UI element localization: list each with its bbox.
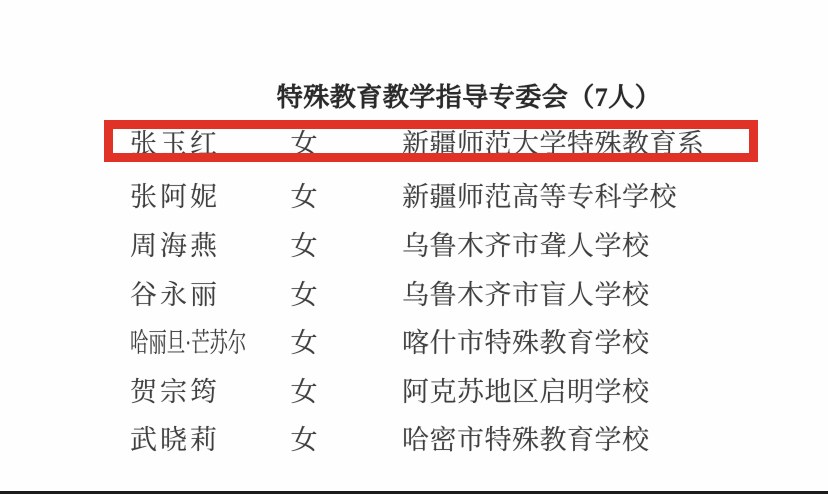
name-cell: 武晓莉	[130, 425, 220, 455]
highlight-annotation-box	[104, 120, 758, 162]
name-cell: 哈丽旦·芒苏尔	[130, 328, 246, 358]
table-row: 武晓莉 女 哈密市特殊教育学校	[0, 425, 828, 455]
gender-cell: 女	[270, 328, 338, 358]
school-cell: 喀什市特殊教育学校	[402, 328, 650, 358]
school-cell: 哈密市特殊教育学校	[402, 425, 650, 455]
table-row: 谷永丽 女 乌鲁木齐市盲人学校	[0, 280, 828, 310]
name-cell: 谷永丽	[130, 280, 220, 310]
name-cell: 张阿妮	[130, 182, 220, 212]
table-row: 哈丽旦·芒苏尔 女 喀什市特殊教育学校	[0, 328, 828, 358]
gender-cell: 女	[270, 231, 338, 261]
committee-table: 张玉红 女 新疆师范大学特殊教育系 张阿妮 女 新疆师范高等专科学校 周海燕 女…	[0, 0, 828, 500]
name-cell: 周海燕	[130, 231, 220, 261]
gender-cell: 女	[270, 280, 338, 310]
document-page: 特殊教育教学指导专委会（7人） 张玉红 女 新疆师范大学特殊教育系 张阿妮 女 …	[0, 0, 828, 500]
table-row: 周海燕 女 乌鲁木齐市聋人学校	[0, 231, 828, 261]
table-row: 贺宗筠 女 阿克苏地区启明学校	[0, 377, 828, 407]
school-cell: 乌鲁木齐市聋人学校	[402, 231, 650, 261]
school-cell: 乌鲁木齐市盲人学校	[402, 280, 650, 310]
bottom-divider	[0, 491, 828, 494]
school-cell: 新疆师范高等专科学校	[402, 182, 677, 212]
gender-cell: 女	[270, 425, 338, 455]
name-cell: 贺宗筠	[130, 377, 220, 407]
table-row: 张阿妮 女 新疆师范高等专科学校	[0, 182, 828, 212]
gender-cell: 女	[270, 182, 338, 212]
school-cell: 阿克苏地区启明学校	[402, 377, 650, 407]
gender-cell: 女	[270, 377, 338, 407]
